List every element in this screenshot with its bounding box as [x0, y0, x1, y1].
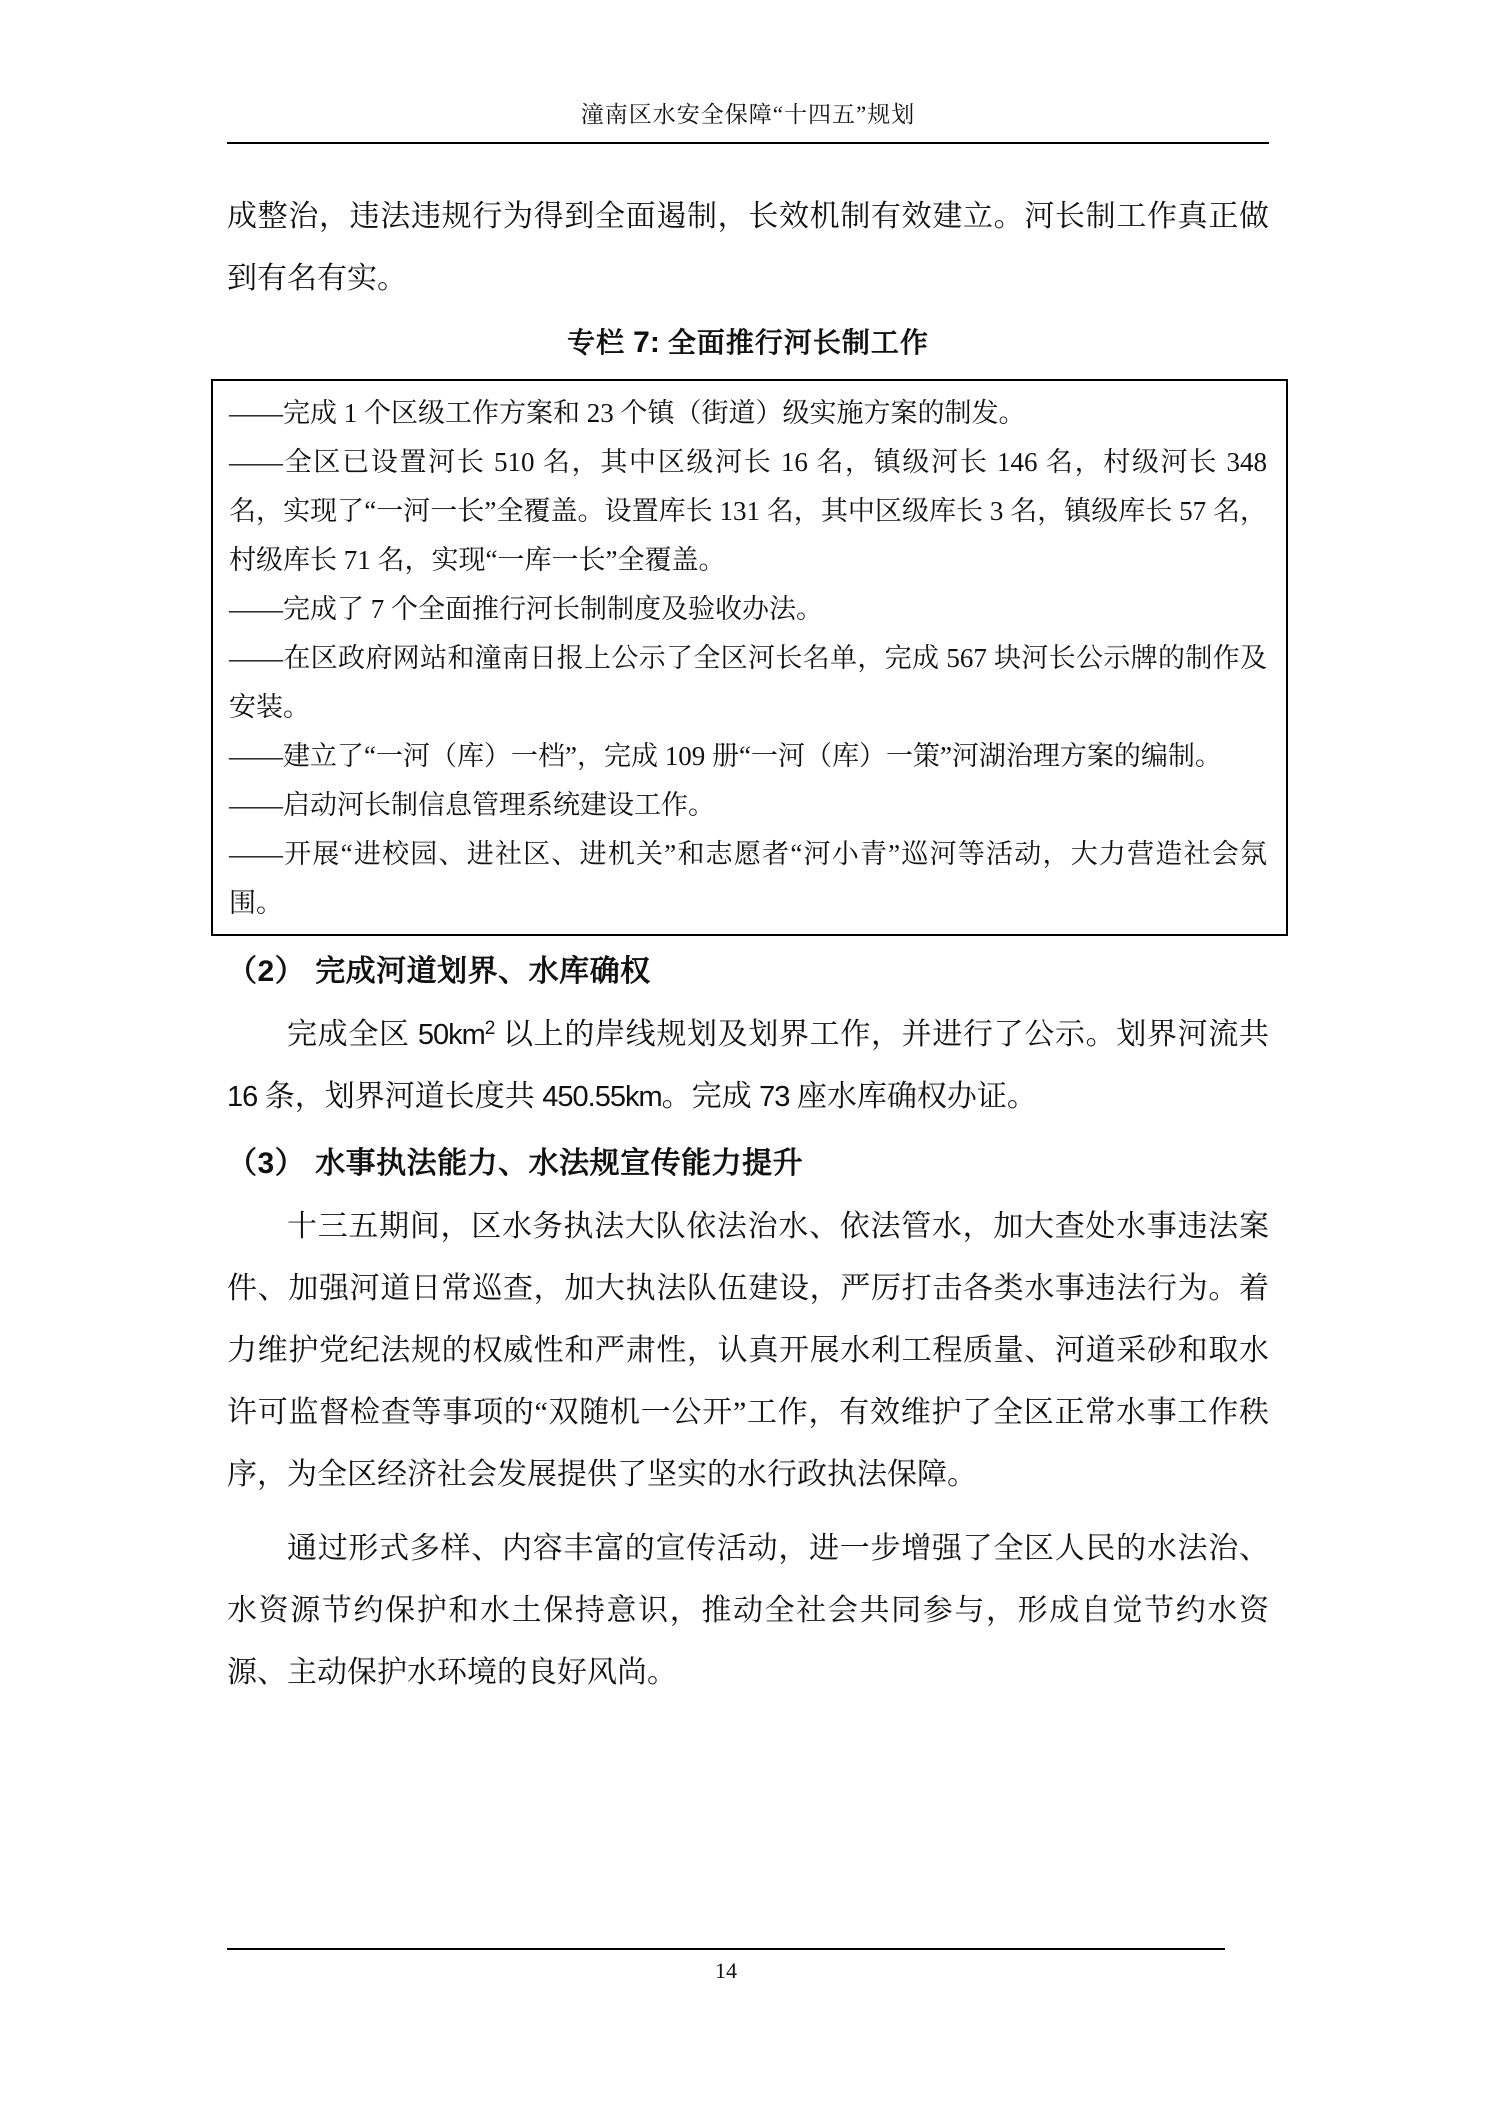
panel-title-text: 全面推行河长制工作 — [660, 328, 929, 359]
section-2-paragraph: 完成全区 50km2 以上的岸线规划及划界工作，并进行了公示。划界河流共 16 … — [227, 1004, 1269, 1128]
panel-title-number: 7: — [633, 326, 660, 359]
panel-item-3: ——完成了 7 个全面推行河长制制度及验收办法。 — [229, 585, 1267, 634]
footer-rule — [227, 1948, 1225, 1950]
panel-item-1: ——完成 1 个区级工作方案和 23 个镇（街道）级实施方案的制发。 — [229, 389, 1267, 438]
panel-item-6: ——启动河长制信息管理系统建设工作。 — [229, 781, 1267, 830]
section-2-run-1: 完成全区 — [287, 1018, 418, 1051]
section-2-run-4: 16 — [227, 1081, 257, 1113]
section-3-heading-paren-close: ） — [275, 1147, 306, 1180]
page-content: 成整治，违法违规行为得到全面遏制，长效机制有效建立。河长制工作真正做到有名有实。… — [227, 186, 1269, 1704]
header-title: 潼南区水安全保障“十四五”规划 — [227, 96, 1269, 129]
section-3-heading-paren-open: （ — [227, 1147, 258, 1180]
section-2-heading-paren-close: ） — [275, 955, 306, 988]
page-number: 14 — [227, 1958, 1225, 1984]
panel-title: 专栏 7: 全面推行河长制工作 — [227, 320, 1269, 367]
page-header: 潼南区水安全保障“十四五”规划 — [227, 96, 1269, 144]
section-2-heading-text: 完成河道划界、水库确权 — [315, 955, 651, 988]
section-2-heading: （2）完成河道划界、水库确权 — [227, 950, 1269, 994]
panel-item-5: ——建立了“一河（库）一档”，完成 109 册“一河（库）一策”河湖治理方案的编… — [229, 732, 1267, 781]
section-2-run-3: 以上的岸线规划及划界工作，并进行了公示。划界河流共 — [495, 1018, 1269, 1051]
section-2-run-7: 。完成 — [662, 1080, 760, 1113]
section-2-run-2: 50km — [418, 1019, 485, 1051]
section-3-heading-number: 3 — [258, 1147, 275, 1180]
section-2-run-9: 座水库确权办证。 — [789, 1080, 1037, 1113]
section-2-run-superscript: 2 — [485, 1018, 495, 1039]
section-3-heading: （3）水事执法能力、水法规宣传能力提升 — [227, 1142, 1269, 1186]
section-2-run-5: 条，划界河道长度共 — [257, 1080, 542, 1113]
panel-title-prefix: 专栏 — [567, 328, 633, 359]
section-3-heading-text: 水事执法能力、水法规宣传能力提升 — [315, 1147, 803, 1180]
section-2-run-8: 73 — [759, 1081, 789, 1113]
panel-box: ——完成 1 个区级工作方案和 23 个镇（街道）级实施方案的制发。 ——全区已… — [211, 379, 1288, 936]
panel-item-2: ——全区已设置河长 510 名，其中区级河长 16 名，镇级河长 146 名，村… — [229, 438, 1267, 585]
section-2-heading-paren-open: （ — [227, 955, 258, 988]
intro-paragraph: 成整治，违法违规行为得到全面遏制，长效机制有效建立。河长制工作真正做到有名有实。 — [227, 186, 1269, 310]
document-page: 潼南区水安全保障“十四五”规划 成整治，违法违规行为得到全面遏制，长效机制有效建… — [0, 0, 1488, 2104]
section-2-run-6: 450.55km — [542, 1081, 661, 1113]
section-2-heading-number: 2 — [258, 955, 275, 988]
section-3-paragraph-2: 通过形式多样、内容丰富的宣传活动，进一步增强了全区人民的水法治、水资源节约保护和… — [227, 1518, 1269, 1704]
panel-item-7: ——开展“进校园、进社区、进机关”和志愿者“河小青”巡河等活动，大力营造社会氛围… — [229, 830, 1267, 928]
section-3-paragraph-1: 十三五期间，区水务执法大队依法治水、依法管水，加大查处水事违法案件、加强河道日常… — [227, 1196, 1269, 1506]
panel-item-4: ——在区政府网站和潼南日报上公示了全区河长名单，完成 567 块河长公示牌的制作… — [229, 634, 1267, 732]
